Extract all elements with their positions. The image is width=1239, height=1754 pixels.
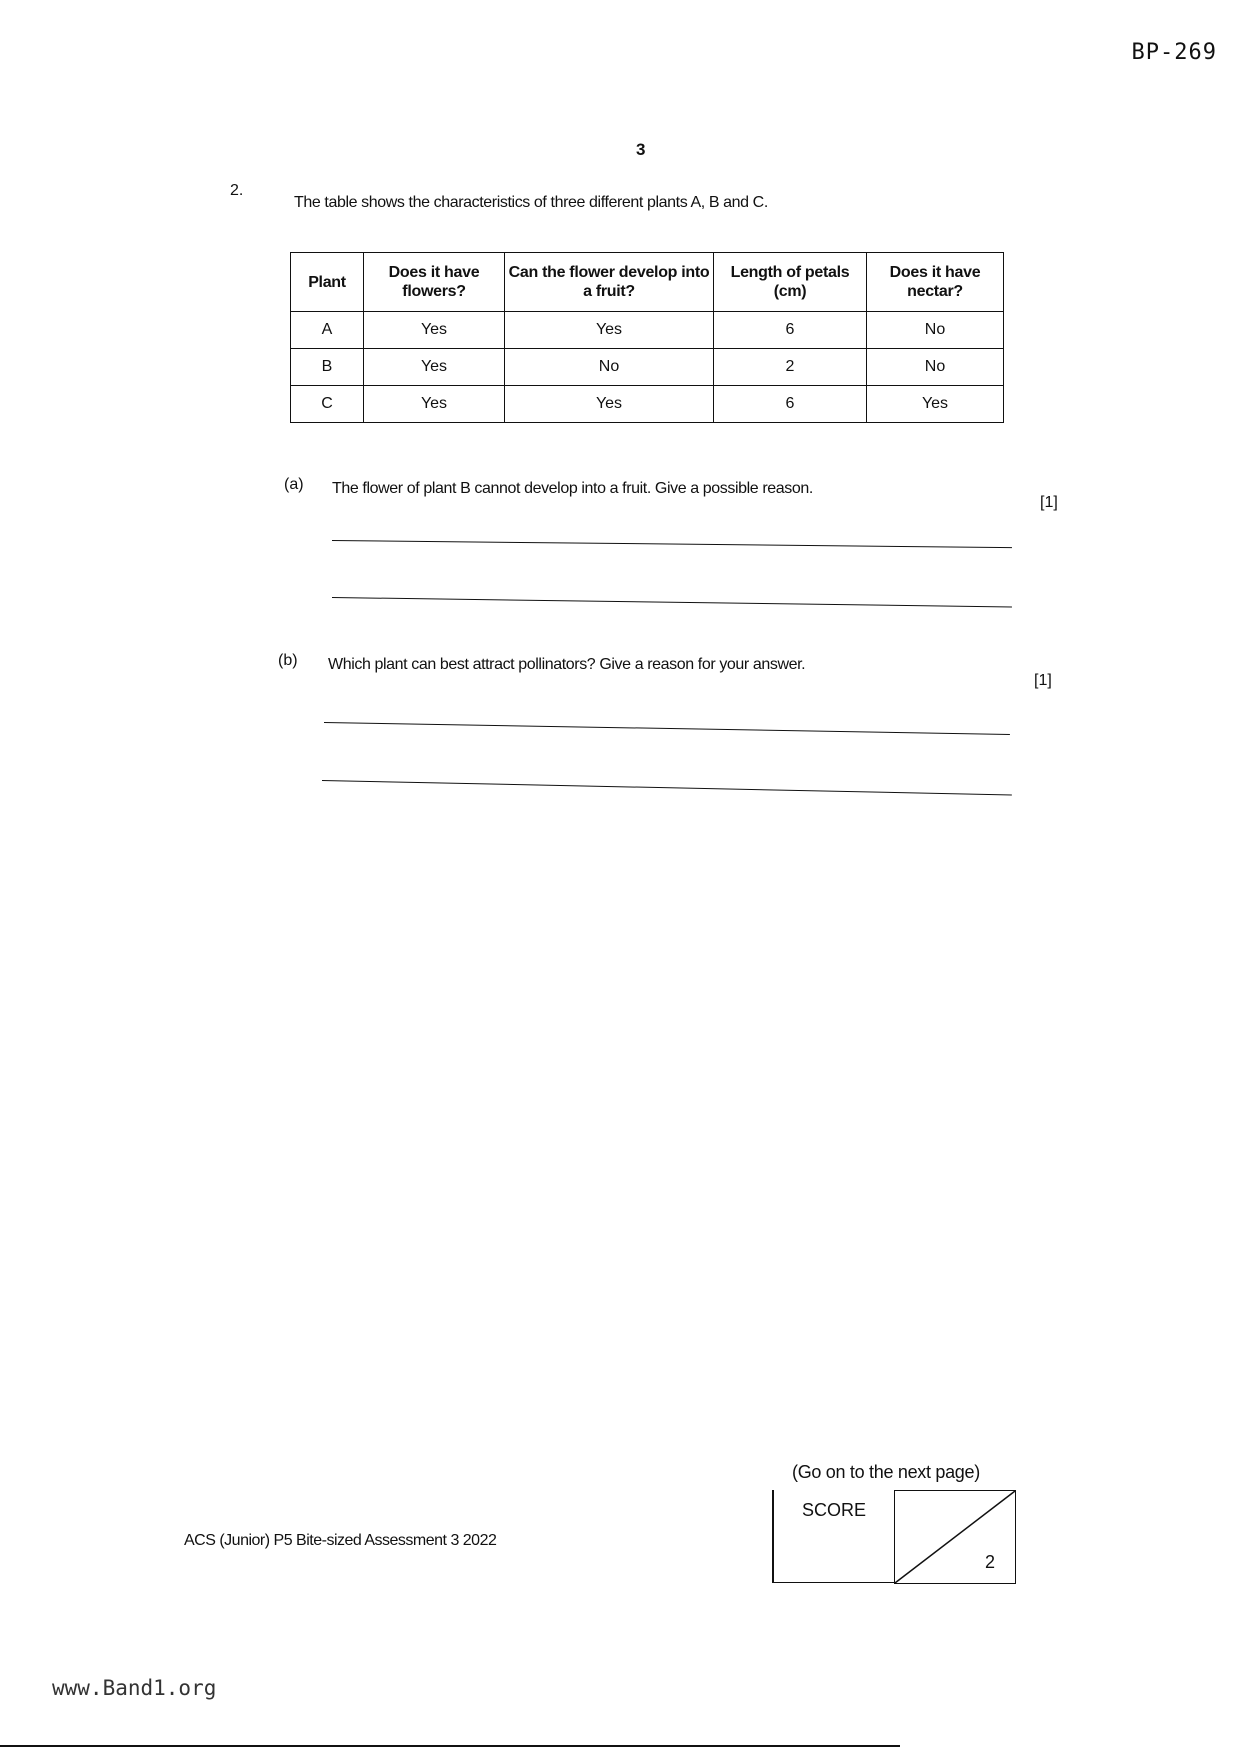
part-a-answer-line-1[interactable] xyxy=(332,540,1012,548)
col-header-fruit: Can the flower develop into a fruit? xyxy=(505,253,714,312)
table-header-row: Plant Does it have flowers? Can the flow… xyxy=(291,253,1004,312)
cell-flowers: Yes xyxy=(364,312,505,349)
cell-petal-length: 6 xyxy=(714,312,867,349)
question-number: 2. xyxy=(230,182,243,200)
score-box: SCORE 2 xyxy=(772,1490,1016,1582)
go-on-next-page: (Go on to the next page) xyxy=(792,1462,980,1483)
col-header-plant: Plant xyxy=(291,253,364,312)
cell-nectar: No xyxy=(867,349,1004,386)
score-value-cell[interactable]: 2 xyxy=(894,1490,1016,1584)
part-b-answer-line-1[interactable] xyxy=(324,722,1010,735)
part-b-answer-line-2[interactable] xyxy=(322,780,1012,795)
col-header-petal-length: Length of petals (cm) xyxy=(714,253,867,312)
score-label-cell: SCORE xyxy=(772,1490,894,1583)
part-b-letter: (b) xyxy=(278,652,298,670)
part-b-question: Which plant can best attract pollinators… xyxy=(328,656,805,674)
bottom-rule xyxy=(0,1745,900,1747)
part-b-marks: [1] xyxy=(1034,672,1052,690)
cell-nectar: No xyxy=(867,312,1004,349)
cell-flowers: Yes xyxy=(364,386,505,423)
table-row: A Yes Yes 6 No xyxy=(291,312,1004,349)
question-intro: The table shows the characteristics of t… xyxy=(294,194,768,212)
cell-fruit: Yes xyxy=(505,312,714,349)
col-header-nectar: Does it have nectar? xyxy=(867,253,1004,312)
cell-fruit: No xyxy=(505,349,714,386)
score-total: 2 xyxy=(985,1552,995,1573)
cell-nectar: Yes xyxy=(867,386,1004,423)
col-header-flowers: Does it have flowers? xyxy=(364,253,505,312)
part-a-question: The flower of plant B cannot develop int… xyxy=(332,480,813,498)
cell-fruit: Yes xyxy=(505,386,714,423)
cell-petal-length: 2 xyxy=(714,349,867,386)
watermark: www.Band1.org xyxy=(52,1676,216,1700)
cell-plant: A xyxy=(291,312,364,349)
school-assessment-line: ACS (Junior) P5 Bite-sized Assessment 3 … xyxy=(184,1532,496,1550)
diagonal-divider-icon xyxy=(895,1491,1015,1583)
document-code: BP-269 xyxy=(1132,40,1217,65)
table-row: C Yes Yes 6 Yes xyxy=(291,386,1004,423)
plant-characteristics-table: Plant Does it have flowers? Can the flow… xyxy=(290,252,1004,423)
cell-plant: C xyxy=(291,386,364,423)
part-a-answer-line-2[interactable] xyxy=(332,597,1012,607)
page-number: 3 xyxy=(636,140,645,160)
cell-plant: B xyxy=(291,349,364,386)
part-a-letter: (a) xyxy=(284,476,304,494)
cell-petal-length: 6 xyxy=(714,386,867,423)
part-a-marks: [1] xyxy=(1040,494,1058,512)
score-label: SCORE xyxy=(802,1500,866,1521)
table-row: B Yes No 2 No xyxy=(291,349,1004,386)
cell-flowers: Yes xyxy=(364,349,505,386)
